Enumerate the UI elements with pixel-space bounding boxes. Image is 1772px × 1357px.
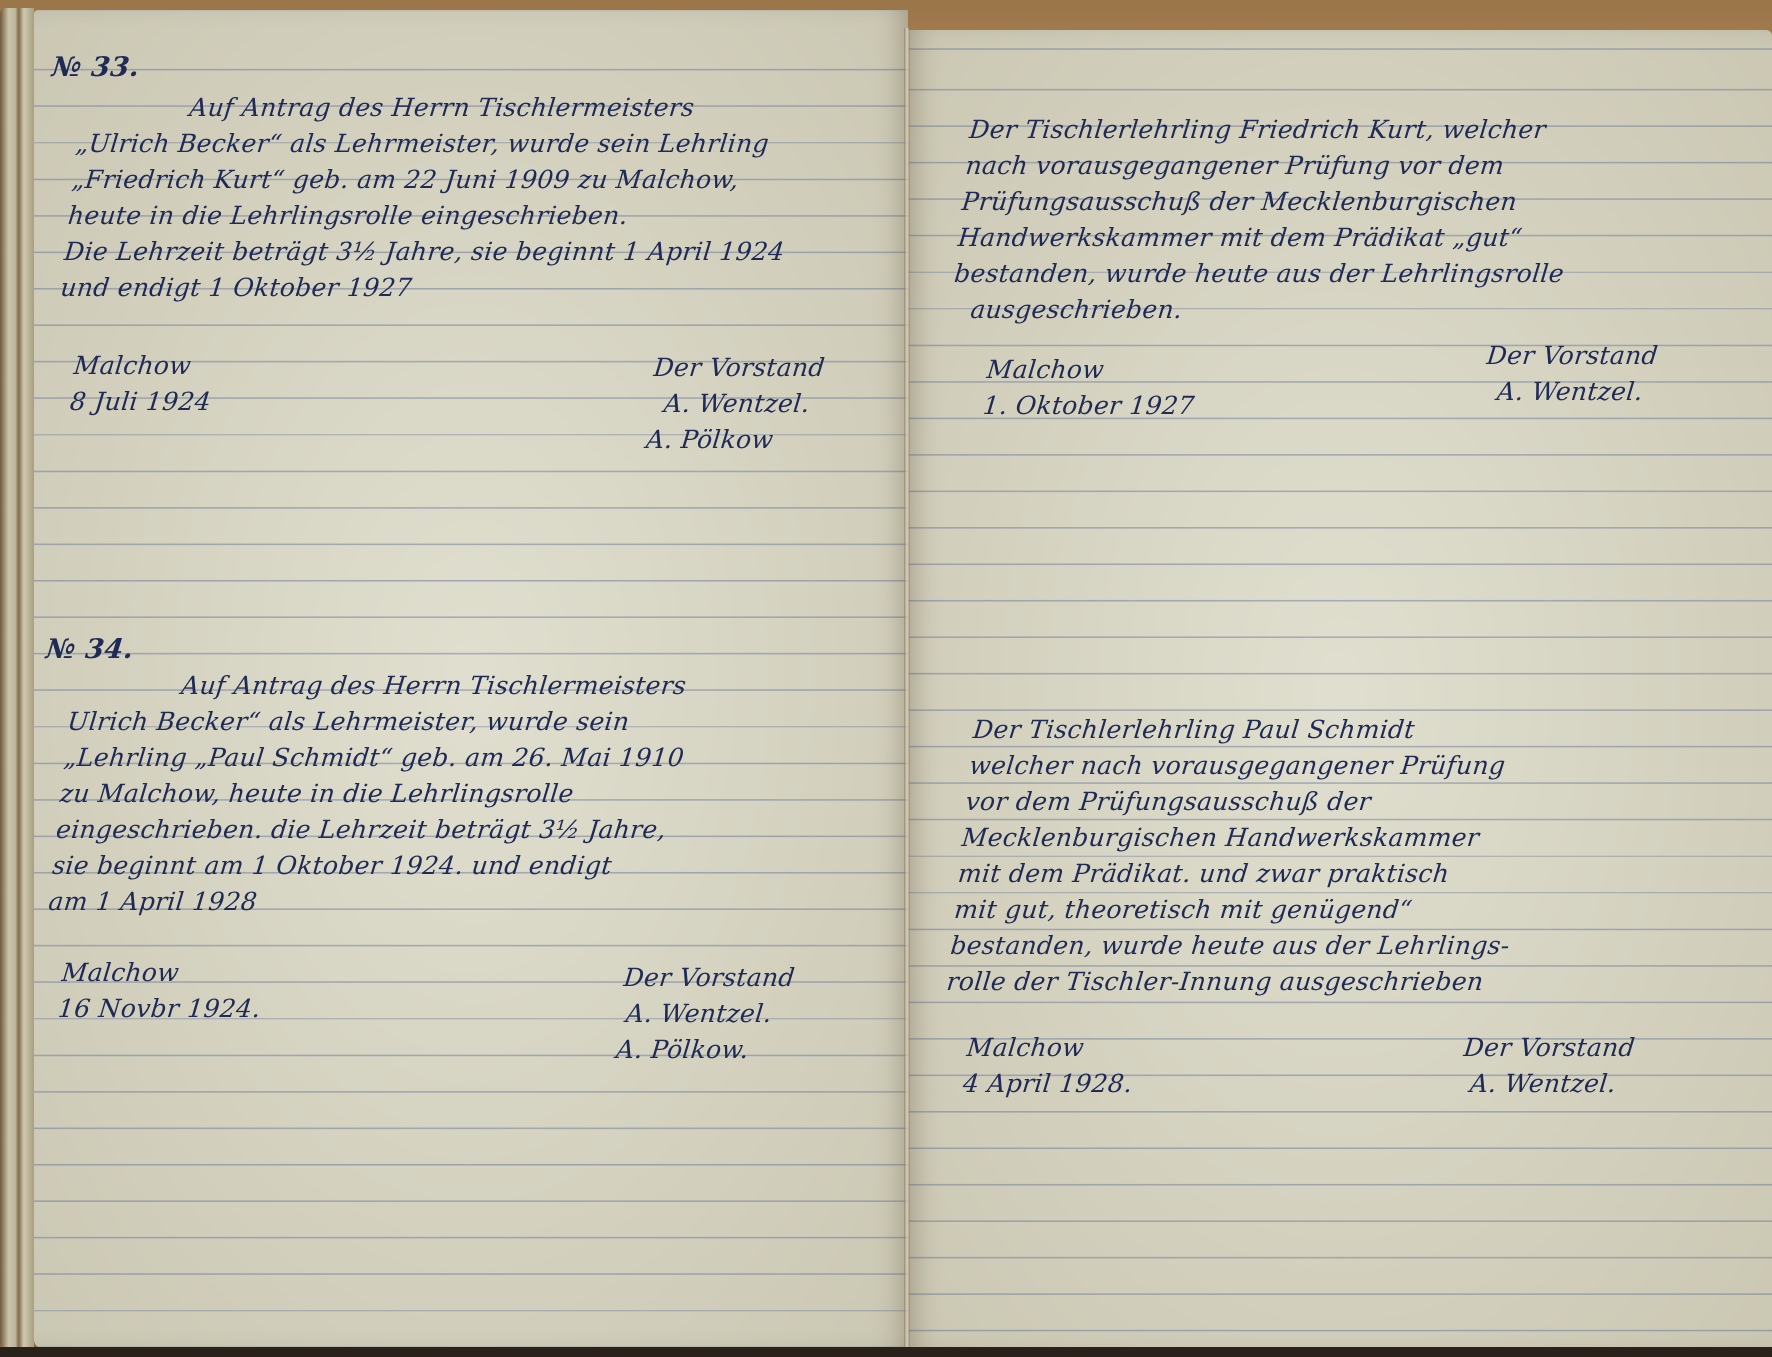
entry-line: sie beginnt am 1 Oktober 1924. und endig… bbox=[51, 848, 675, 884]
entry-line: eingeschrieben. die Lehrzeit beträgt 3½ … bbox=[54, 812, 678, 848]
place: Malchow bbox=[60, 955, 266, 991]
entry-line: Mecklenburgischen Handwerkskammer bbox=[960, 820, 1523, 856]
open-notebook: № 33. Auf Antrag des Herrn Tischlermeist… bbox=[0, 0, 1772, 1357]
entry-line: bestanden, wurde heute aus der Lehrlings… bbox=[952, 256, 1565, 292]
date: 1. Oktober 1927 bbox=[981, 388, 1196, 424]
signature: A. Pölkow bbox=[644, 422, 819, 458]
signature-block: Der Vorstand A. Wentzel. A. Pölkow bbox=[644, 350, 826, 458]
place: Malchow bbox=[72, 348, 217, 384]
entry-text: Der Tischlerlehrling Paul Schmidt welche… bbox=[945, 712, 1534, 1000]
signature-title: Der Vorstand bbox=[652, 350, 827, 386]
entry-line: Prüfungsausschuß der Mecklenburgischen bbox=[960, 184, 1573, 220]
entry-line: am 1 April 1928 bbox=[47, 884, 671, 920]
book-bottom-edge bbox=[0, 1347, 1772, 1357]
entry-line: ausgeschrieben. bbox=[949, 292, 1562, 328]
entry-line: mit gut, theoretisch mit genügend“ bbox=[952, 892, 1515, 928]
signature-block: Der Vorstand A. Wentzel. bbox=[1481, 338, 1660, 410]
place-date: Malchow 8 Juli 1924 bbox=[68, 348, 216, 420]
entry-line: „Friedrich Kurt“ geb. am 22 Juni 1909 zu… bbox=[70, 162, 794, 198]
entry-line: heute in die Lehrlingsrolle eingeschrieb… bbox=[66, 198, 790, 234]
entry-number: № 33. bbox=[50, 50, 141, 86]
page-gutter bbox=[904, 28, 910, 1350]
entry-line: Die Lehrzeit beträgt 3½ Jahre, sie begin… bbox=[62, 234, 786, 270]
entry-line: Auf Antrag des Herrn Tischlermeisters bbox=[78, 90, 802, 126]
signature: A. Wentzel. bbox=[1481, 374, 1656, 410]
signature-title: Der Vorstand bbox=[1485, 338, 1660, 374]
signature: A. Pölkow. bbox=[614, 1032, 789, 1068]
entry-line: mit dem Prädikat. und zwar praktisch bbox=[956, 856, 1519, 892]
place-date: Malchow 16 Novbr 1924. bbox=[56, 955, 266, 1027]
entry-line: Der Tischlerlehrling Friedrich Kurt, wel… bbox=[968, 112, 1581, 148]
entry-line: Der Tischlerlehrling Paul Schmidt bbox=[971, 712, 1534, 748]
entry-line: und endigt 1 Oktober 1927 bbox=[59, 270, 783, 306]
entry-line: Handwerkskammer mit dem Prädikat „gut“ bbox=[956, 220, 1569, 256]
entry-line: „Ulrich Becker“ als Lehrmeister, wurde s… bbox=[74, 126, 798, 162]
signature-title: Der Vorstand bbox=[1462, 1030, 1637, 1066]
entry-line: vor dem Prüfungsausschuß der bbox=[964, 784, 1527, 820]
signature-title: Der Vorstand bbox=[622, 960, 797, 996]
entry-line: welcher nach vorausgegangener Prüfung bbox=[968, 748, 1531, 784]
entry-line: Auf Antrag des Herrn Tischlermeisters bbox=[69, 668, 693, 704]
entry-line: zu Malchow, heute in die Lehrlingsrolle bbox=[58, 776, 682, 812]
entry-text: Auf Antrag des Herrn Tischlermeisters Ul… bbox=[47, 668, 694, 920]
entry-text: Der Tischlerlehrling Friedrich Kurt, wel… bbox=[949, 112, 1581, 328]
place-date: Malchow 4 April 1928. bbox=[961, 1030, 1138, 1102]
entry-text: Auf Antrag des Herrn Tischlermeisters „U… bbox=[59, 90, 802, 306]
entry-number: № 34. bbox=[44, 632, 135, 668]
signature: A. Wentzel. bbox=[1458, 1066, 1633, 1102]
signature: A. Wentzel. bbox=[618, 996, 793, 1032]
place: Malchow bbox=[985, 352, 1200, 388]
entry-line: nach vorausgegangener Prüfung vor dem bbox=[964, 148, 1577, 184]
signature: A. Wentzel. bbox=[648, 386, 823, 422]
entry-line: rolle der Tischler-Innung ausgeschrieben bbox=[945, 964, 1508, 1000]
date: 16 Novbr 1924. bbox=[56, 991, 262, 1027]
entry-line: Ulrich Becker“ als Lehrmeister, wurde se… bbox=[66, 704, 690, 740]
place: Malchow bbox=[965, 1030, 1138, 1066]
place-date: Malchow 1. Oktober 1927 bbox=[981, 352, 1200, 424]
date: 8 Juli 1924 bbox=[68, 384, 213, 420]
signature-block: Der Vorstand A. Wentzel. bbox=[1458, 1030, 1637, 1102]
notebook-spine-edge bbox=[0, 8, 34, 1348]
entry-line: „Lehrling „Paul Schmidt“ geb. am 26. Mai… bbox=[62, 740, 686, 776]
entry-line: bestanden, wurde heute aus der Lehrlings… bbox=[949, 928, 1512, 964]
date: 4 April 1928. bbox=[961, 1066, 1134, 1102]
signature-block: Der Vorstand A. Wentzel. A. Pölkow. bbox=[614, 960, 796, 1068]
